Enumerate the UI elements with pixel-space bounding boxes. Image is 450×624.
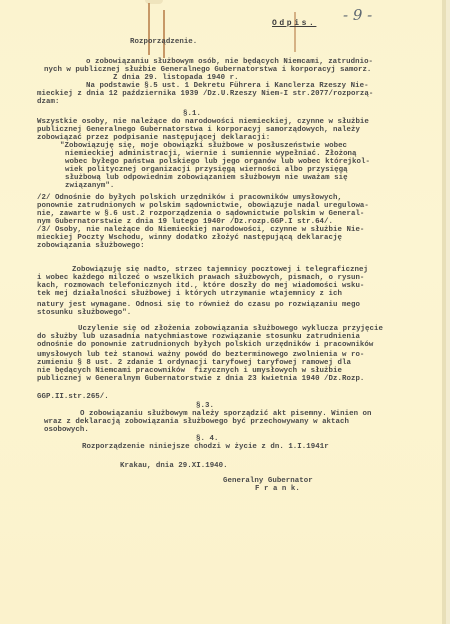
declaration-line: związanym". (65, 182, 114, 190)
text-line: zobowiązać przez podpisanie następującej… (37, 134, 270, 142)
text-line: zumieniu § 8 ust. 2 zdanie 1 ordynacji t… (37, 359, 351, 367)
declaration-line: tek mej działalności służbowej i których… (37, 290, 342, 298)
declaration-line: niemieckiej administracji, wiernie i sum… (65, 150, 357, 158)
declaration-line: wiek politycznej organizacji przysięgą w… (65, 166, 348, 174)
text-line: publicznej Generalnego Gubernatorstwa i … (37, 126, 360, 134)
text-line: Na podstawie §.5 ust. 1 Dekretu Führera … (86, 82, 369, 90)
section-heading: §. 4. (196, 435, 218, 443)
staple-rust-mark (163, 10, 165, 58)
text-line: GGP.II.str.265/. (37, 393, 109, 401)
signatory-name: F r a n k. (255, 485, 300, 493)
text-line: umysłowych lub też stanowi ważny powód d… (37, 351, 364, 359)
text-line: o zobowiązaniu służbowym osób, nie będąc… (86, 58, 373, 66)
text-line: nie, zawarte w §.6 ust.2 rozporządzenia … (37, 210, 364, 218)
text-line: osobowych. (44, 426, 89, 434)
section-heading: §.3. (196, 402, 214, 410)
text-line: O zobowiązaniu służbowym należy sporządz… (80, 410, 372, 418)
page-edge (442, 0, 446, 624)
text-line: mieckiej z dnia 12 października 1939 /Dz… (37, 90, 373, 98)
text-line: odnośnie do ponownie zatrudnionych byłyc… (37, 341, 373, 349)
declaration-line: wobec byłego państwa polskiego lub jego … (65, 158, 370, 166)
place-date: Krakau, dnia 29.XI.1940. (120, 462, 228, 470)
declaration-line: kach, rozmowach telefonicznych itd., któ… (37, 282, 364, 290)
staple-rust-mark (148, 3, 150, 55)
signatory-title: Generalny Gubernator (223, 477, 313, 485)
header-mark: Odpis. (272, 19, 316, 28)
text-line: /2/ Odnośnie do byłych polskich urzędnik… (37, 194, 342, 202)
text-line: nie będących Niemcami pracowników fizycz… (37, 367, 342, 375)
declaration-line: stosunku służbowego". (37, 309, 131, 317)
text-line: do służby lub uzasadnia natychmiastowe r… (37, 333, 360, 341)
text-line: publicznej w Generalnym Gubernatorstwie … (37, 375, 364, 383)
text-line: /3/ Osoby, nie należące do Niemieckiej n… (37, 226, 364, 234)
text-line: ponownie zatrudnionych w polskim sądowni… (37, 202, 369, 210)
text-line: Rozporządzenie niniejsze chodzi w życie … (82, 443, 329, 451)
document-page: Odpis. - 9 - Rozporządzenie. o zobowiąza… (0, 0, 446, 624)
handwritten-page-number: - 9 - (343, 6, 372, 24)
declaration-line: Zobowiązuję się nadto, strzec tajemnicy … (72, 266, 368, 274)
document-title: Rozporządzenie. (130, 38, 197, 46)
staple-rust-mark (294, 12, 296, 52)
date-line: Z dnia 29. listopada 1940 r. (113, 74, 239, 82)
text-line: nych w publicznej służbie Generalnego Gu… (44, 66, 371, 74)
text-line: wraz z deklaracją zobowiązania służboweg… (44, 418, 349, 426)
declaration-line: "Zobowiązuję się, moje obowiązki służbow… (60, 142, 347, 150)
declaration-line: służbową lub odpowiednim zobowiązaniem s… (65, 174, 348, 182)
text-line: nym Gubernatorstwie z dnia 19 lutego 194… (37, 218, 333, 226)
text-line: dzam: (37, 98, 59, 106)
text-line: Wszystkie osoby, nie należące do narodow… (37, 118, 369, 126)
text-line: mieckiej Poczty Wschodu, winny dodatko z… (37, 234, 342, 242)
declaration-line: natury jest wymagane. Odnosi się to równ… (37, 301, 360, 309)
section-heading: §.1. (183, 110, 201, 118)
text-line: Uczylenie się od złożenia zobowiązania s… (78, 325, 383, 333)
text-line: zobowiązania służbowego: (37, 242, 145, 250)
declaration-line: i wobec każdego milczeć o wszelkich praw… (37, 274, 364, 282)
